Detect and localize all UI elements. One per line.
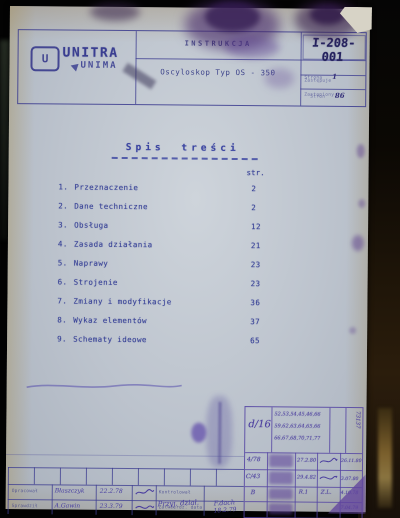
opracowal-name: Błaszczyk	[55, 487, 85, 494]
toc-heading-underline	[112, 157, 258, 160]
brand-subname: UNIMA	[80, 61, 117, 71]
header-table: U UNITRA UNIMA INSTRUKCJA Oscyloskop Typ…	[17, 29, 367, 107]
logo-glyph: U	[42, 53, 49, 64]
opracowal-label: Opracował	[12, 489, 38, 494]
revision-date: 27.2.80	[297, 458, 316, 464]
toc-heading: Spis treści	[112, 142, 254, 154]
brand-triangle-icon	[69, 62, 78, 72]
document-page: U UNITRA UNIMA INSTRUKCJA Oscyloskop Typ…	[6, 6, 370, 512]
toc-item-number: 7.	[57, 296, 73, 305]
toc-item-page: 21	[251, 241, 277, 250]
toc-item: 2.Dane techniczne 2	[58, 201, 320, 215]
stamp-mark	[269, 503, 293, 514]
sprawdzil-label: Sprawdził	[12, 504, 38, 509]
doc-number: I-208-001	[299, 36, 367, 65]
toc-item-label: Zasada działania	[74, 240, 153, 250]
revision-id: 4/78	[247, 456, 261, 463]
toc-item-page: 2	[251, 184, 277, 193]
zastapiony-label: Zastąpiony	[304, 93, 334, 98]
toc-item: 9.Schematy ideowe 65	[57, 334, 319, 348]
toc-item-label: Dane techniczne	[74, 202, 148, 212]
revision-initials: Z.L.	[321, 490, 332, 496]
toc-page-column-label: str.	[247, 168, 265, 177]
toc-item: 7.Zmiany i modyfikacje 36	[57, 296, 319, 310]
unitra-logo-icon: U	[30, 46, 59, 71]
numbers-line-2: 59,62,63,64,65,66	[274, 423, 320, 429]
strona-value: 1	[332, 72, 337, 81]
toc-item-number: 5.	[58, 258, 74, 267]
revision-id: C/43	[246, 473, 260, 480]
opracowal-date: 22.2.78	[100, 488, 123, 495]
revision-id: B	[251, 489, 255, 496]
revision-ref: R.1	[299, 490, 308, 496]
toc-item: 5.Naprawy 23	[58, 258, 320, 272]
toc-item: 4.Zasada działania 21	[58, 239, 320, 253]
toc-item: 6.Strojenie 23	[58, 277, 320, 291]
scanned-document-photo: U UNITRA UNIMA INSTRUKCJA Oscyloskop Typ…	[0, 0, 400, 518]
toc-item-page: 23	[251, 279, 277, 288]
ink-stain	[358, 199, 365, 208]
stamp-mark	[269, 454, 293, 467]
folder-edge-highlight	[378, 408, 392, 508]
sprawdzil-date: 23.3.79	[100, 503, 123, 510]
toc-item-label: Schematy ideowe	[73, 335, 147, 345]
toc-item-page: 37	[250, 317, 276, 326]
title-block-table: Opracował Błaszczyk 22.2.78 Kontrolował …	[8, 467, 244, 516]
revision-date2: 26.11.80	[341, 459, 362, 464]
toc-item-label: Wykaz elementów	[73, 316, 147, 326]
toc-item-number: 3.	[58, 220, 74, 229]
toc-item-page: 65	[250, 336, 276, 345]
toc-item-number: 6.	[58, 277, 74, 286]
toc-item-page: 2	[251, 203, 277, 212]
toc-item-page: 23	[251, 260, 277, 269]
revision-date2: 3.07.80	[341, 477, 359, 482]
stamp-mark	[269, 471, 293, 484]
toc-item-label: Zmiany i modyfikacje	[73, 297, 171, 307]
handwritten-date: 18.2.79	[213, 506, 236, 514]
stron-value: 86	[335, 91, 345, 100]
numbers-line-3: 66,67,68,70,71,77	[274, 435, 320, 441]
torn-page-corner	[340, 7, 372, 33]
brand-name: UNITRA	[63, 45, 119, 60]
toc-item: 1.Przeznaczenie 2	[58, 182, 320, 196]
revision-date: 29.4.82	[297, 475, 316, 481]
ink-scratch-line	[25, 378, 185, 395]
toc-item-label: Strojenie	[74, 278, 118, 287]
numbers-box-prefix: d/16	[248, 419, 271, 430]
toc-item-label: Naprawy	[74, 259, 108, 268]
ink-stain	[90, 3, 140, 21]
toc-item-number: 2.	[58, 201, 74, 210]
doc-type-label: INSTRUKCJA	[136, 39, 301, 48]
stamp-mark	[269, 488, 293, 499]
signature-scribble	[319, 456, 338, 467]
signature-scribble	[135, 502, 155, 513]
toc-item: 3.Obsługa 12	[58, 220, 320, 234]
numbers-side-note: 73137	[346, 411, 360, 451]
sprawdzil-name: A.Gawin	[55, 502, 81, 509]
toc-item: 8.Wykaz elementów 37	[57, 315, 319, 329]
toc-item-label: Obsługa	[74, 221, 108, 230]
toc-item-number: 8.	[57, 315, 73, 324]
ink-stain	[357, 144, 365, 158]
toc-item-number: 4.	[58, 239, 74, 248]
numbers-line-1: 52,53,54,45,46,66	[274, 411, 320, 417]
signature-scribble	[319, 473, 338, 484]
ink-stain	[191, 423, 206, 443]
toc-item-page: 36	[250, 298, 276, 307]
doc-title: Oscyloskop Typ OS - 350	[135, 67, 300, 77]
pencil-figure-stroke	[218, 402, 222, 464]
ink-stain	[205, 2, 260, 32]
zastepuje-label: Zastępuje	[304, 79, 331, 84]
toc-item-page: 12	[251, 222, 277, 231]
kontrolowal-label: Kontrolował	[159, 490, 191, 495]
toc-item-label: Przeznaczenie	[74, 183, 138, 193]
ink-stain	[352, 235, 364, 251]
toc-item-number: 1.	[58, 182, 74, 191]
toc-item-number: 9.	[57, 334, 73, 343]
signature-scribble	[135, 487, 155, 498]
ink-stain	[349, 327, 356, 334]
ink-stain	[310, 5, 345, 25]
